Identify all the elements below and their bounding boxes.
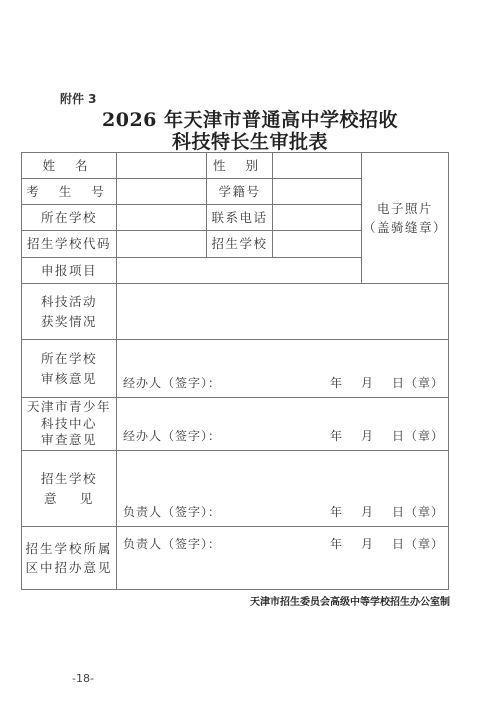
tech-center-review-field[interactable]: 经办人（签字）： 年月日（章） [116, 397, 449, 451]
photo-box[interactable]: 电子照片 （盖骑缝章） [361, 152, 449, 284]
signer-label: 负责人（签字）： [123, 535, 221, 554]
district-office-opinion-field[interactable]: 负责人（签字）： 年月日（章） [116, 526, 449, 590]
admission-school-label: 招生学校 [206, 230, 273, 258]
exam-number-label: 考 生 号 [21, 178, 117, 205]
signer-label: 负责人（签字）： [123, 503, 221, 522]
phone-field[interactable] [272, 204, 362, 231]
gender-label: 性 别 [206, 152, 273, 179]
admission-school-code-field[interactable] [116, 230, 207, 258]
month-label: 月 [361, 535, 374, 554]
month-label: 月 [361, 374, 374, 393]
signer-label: 经办人（签字）： [123, 374, 221, 393]
student-id-label: 学籍号 [206, 178, 273, 205]
admission-school-opinion-field[interactable]: 负责人（签字）： 年月日（章） [116, 450, 449, 527]
signature-line: 经办人（签字）： 年月日（章） [123, 374, 444, 393]
phone-label: 联系电话 [206, 204, 273, 231]
month-label: 月 [361, 503, 374, 522]
day-stamp-label: 日（章） [392, 503, 444, 522]
day-stamp-label: 日（章） [392, 427, 444, 446]
gender-field[interactable] [272, 152, 362, 179]
year-label: 年 [330, 427, 343, 446]
current-school-label: 所在学校 [21, 204, 117, 231]
admission-school-field[interactable] [272, 230, 362, 258]
month-label: 月 [361, 427, 374, 446]
school-review-field[interactable]: 经办人（签字）： 年月日（章） [116, 339, 449, 398]
school-review-label: 所在学校 审核意见 [21, 339, 117, 398]
application-project-field[interactable] [116, 257, 362, 284]
day-stamp-label: 日（章） [392, 535, 444, 554]
photo-label: 电子照片 [377, 199, 433, 218]
signature-line: 负责人（签字）： 年月日（章） [123, 503, 444, 522]
photo-stamp-note: （盖骑缝章） [363, 218, 447, 237]
year-label: 年 [330, 535, 343, 554]
name-field[interactable] [116, 152, 207, 179]
issuer-note: 天津市招生委员会高级中等学校招生办公室制 [0, 593, 450, 608]
approval-form-table: 姓 名 性 别 电子照片 （盖骑缝章） 考 生 号 学籍号 所在学校 联系电话 … [21, 152, 449, 590]
awards-field[interactable] [116, 283, 449, 340]
application-project-label: 申报项目 [21, 257, 117, 284]
name-label: 姓 名 [21, 152, 117, 179]
admission-school-code-label: 招生学校代码 [21, 230, 117, 258]
exam-number-field[interactable] [116, 178, 207, 205]
form-title-line2: 科技特长生审批表 [0, 127, 500, 154]
awards-label: 科技活动 获奖情况 [21, 283, 117, 340]
district-office-opinion-label: 招生学校所属 区中招办意见 [21, 526, 117, 590]
day-stamp-label: 日（章） [392, 374, 444, 393]
page-number: -18- [72, 672, 94, 685]
student-id-field[interactable] [272, 178, 362, 205]
signature-line: 负责人（签字）： 年月日（章） [123, 535, 444, 554]
year-label: 年 [330, 374, 343, 393]
current-school-field[interactable] [116, 204, 207, 231]
year-label: 年 [330, 503, 343, 522]
tech-center-review-label: 天津市青少年 科技中心 审查意见 [21, 397, 117, 451]
signature-line: 经办人（签字）： 年月日（章） [123, 427, 444, 446]
admission-school-opinion-label: 招生学校 意 见 [21, 450, 117, 527]
signer-label: 经办人（签字）： [123, 427, 221, 446]
